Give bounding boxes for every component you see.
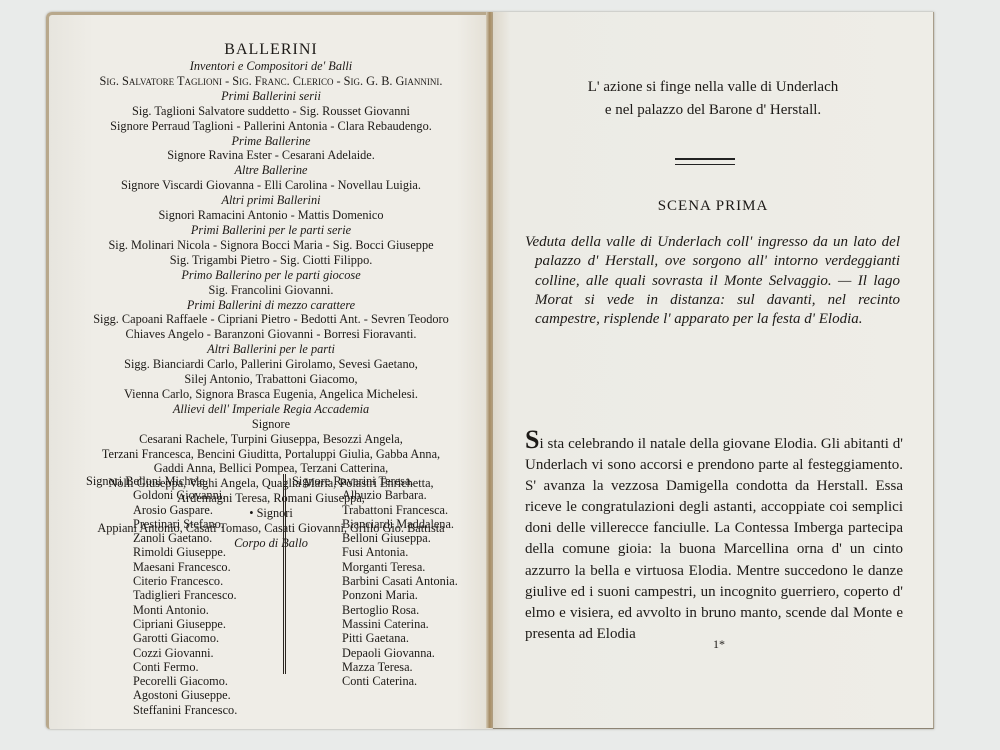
- section-heading: Altri primi Ballerini: [49, 193, 493, 208]
- performer-line: Sig. Salvatore Taglioni - Sig. Franc. Cl…: [49, 74, 493, 89]
- dancer-name: Albuzio Barbara.: [292, 488, 492, 502]
- women-column: Signore Ravarini Teresa.Albuzio Barbara.…: [283, 474, 492, 674]
- performer-line: Sig. Trigambi Pietro - Sig. Ciotti Filip…: [49, 253, 493, 268]
- dancer-name: Belloni Giuseppa.: [292, 531, 492, 545]
- dancer-name: Barbini Casati Antonia.: [292, 574, 492, 588]
- dancer-name: Mazza Teresa.: [292, 660, 492, 674]
- right-page: L' azione si finge nella valle di Underl…: [493, 12, 934, 729]
- dancer-name: Massini Caterina.: [292, 617, 492, 631]
- performer-line: Vienna Carlo, Signora Brasca Eugenia, An…: [49, 387, 493, 402]
- section-heading: Altre Ballerine: [49, 163, 493, 178]
- dancer-name: Goldoni Giovanni.: [86, 488, 286, 502]
- decorative-rule: [675, 158, 735, 165]
- scene-body: Si sta celebrando il natale della giovan…: [525, 432, 903, 645]
- scene-title: SCENA PRIMA: [493, 198, 933, 215]
- performer-line: Chiaves Angelo - Baranzoni Giovanni - Bo…: [49, 327, 493, 342]
- setting-line: e nel palazzo del Barone d' Herstall.: [493, 99, 933, 122]
- dancer-name: Bianciardi Maddalena.: [292, 517, 492, 531]
- dancer-name: Signore Ravarini Teresa.: [292, 474, 492, 488]
- dancer-name: Morganti Teresa.: [292, 560, 492, 574]
- performer-line: Silej Antonio, Trabattoni Giacomo,: [49, 372, 493, 387]
- section-heading: Allievi dell' Imperiale Regia Accademia: [49, 402, 493, 417]
- dancer-name: Pecorelli Giacomo.: [86, 674, 286, 688]
- dancer-name: Garotti Giacomo.: [86, 631, 286, 645]
- dancer-name: Citerio Francesco.: [86, 574, 286, 588]
- dancer-name: Agostoni Giuseppe.: [86, 688, 286, 702]
- dancer-name: Steffanini Francesco.: [86, 703, 286, 717]
- performer-line: Sig. Molinari Nicola - Signora Bocci Mar…: [49, 238, 493, 253]
- dancer-name: Signori Belloni Michele.: [86, 474, 286, 488]
- performer-line: Sig. Taglioni Salvatore suddetto - Sig. …: [49, 104, 493, 119]
- dancer-name: Cozzi Giovanni.: [86, 646, 286, 660]
- signature-mark: 1*: [493, 637, 939, 652]
- dancer-name: Rimoldi Giuseppe.: [86, 545, 286, 559]
- men-column: Signori Belloni Michele.Goldoni Giovanni…: [86, 474, 286, 717]
- dancer-name: Conti Fermo.: [86, 660, 286, 674]
- performer-line: Signore: [49, 417, 493, 432]
- performer-line: Signori Ramacini Antonio - Mattis Domeni…: [49, 208, 493, 223]
- scene-body-text: i sta celebrando il natale della giovane…: [525, 436, 903, 642]
- section-heading: Prime Ballerine: [49, 134, 493, 149]
- section-heading: Primi Ballerini di mezzo carattere: [49, 298, 493, 313]
- dancer-name: Prestinari Stefano.: [86, 517, 286, 531]
- dancer-name: Arosio Gaspare.: [86, 503, 286, 517]
- dancer-name: Ponzoni Maria.: [292, 588, 492, 602]
- section-heading: Primi Ballerini per le parti serie: [49, 223, 493, 238]
- dancer-name: Bertoglio Rosa.: [292, 603, 492, 617]
- performer-line: Signore Ravina Ester - Cesarani Adelaide…: [49, 148, 493, 163]
- performer-line: Sigg. Capoani Raffaele - Cipriani Pietro…: [49, 312, 493, 327]
- dancer-name: Cipriani Giuseppe.: [86, 617, 286, 631]
- dancer-name: Pitti Gaetana.: [292, 631, 492, 645]
- performer-line: Signore Perraud Taglioni - Pallerini Ant…: [49, 119, 493, 134]
- dancer-name: Depaoli Giovanna.: [292, 646, 492, 660]
- dancer-name: Conti Caterina.: [292, 674, 492, 688]
- scene-description: Veduta della valle di Underlach coll' in…: [525, 233, 900, 329]
- scene-description-text: Veduta della valle di Underlach coll' in…: [525, 233, 900, 329]
- performer-line: Terzani Francesca, Bencini Giuditta, Por…: [49, 447, 493, 462]
- performer-line: Cesarani Rachele, Turpini Giuseppa, Beso…: [49, 432, 493, 447]
- performer-line: Signore Viscardi Giovanna - Elli Carolin…: [49, 178, 493, 193]
- page-title: BALLERINI: [49, 41, 493, 59]
- left-page: BALLERINI Inventori e Compositori de' Ba…: [46, 12, 493, 729]
- dancer-name: Maesani Francesco.: [86, 560, 286, 574]
- dancer-name: Monti Antonio.: [86, 603, 286, 617]
- dancer-name: Tadiglieri Francesco.: [86, 588, 286, 602]
- dancer-name: Zanoli Gaetano.: [86, 531, 286, 545]
- dancer-name: Trabattoni Francesca.: [292, 503, 492, 517]
- section-heading: Altri Ballerini per le parti: [49, 342, 493, 357]
- performer-line: Sig. Francolini Giovanni.: [49, 283, 493, 298]
- setting-line: L' azione si finge nella valle di Underl…: [493, 76, 933, 99]
- performer-line: Sigg. Bianciardi Carlo, Pallerini Girola…: [49, 357, 493, 372]
- dancer-name: Fusi Antonia.: [292, 545, 492, 559]
- section-heading: Primi Ballerini serii: [49, 89, 493, 104]
- setting-statement: L' azione si finge nella valle di Underl…: [493, 76, 933, 122]
- drop-cap: S: [525, 425, 539, 454]
- section-heading: Primo Ballerino per le parti giocose: [49, 268, 493, 283]
- section-heading: Inventori e Compositori de' Balli: [49, 59, 493, 74]
